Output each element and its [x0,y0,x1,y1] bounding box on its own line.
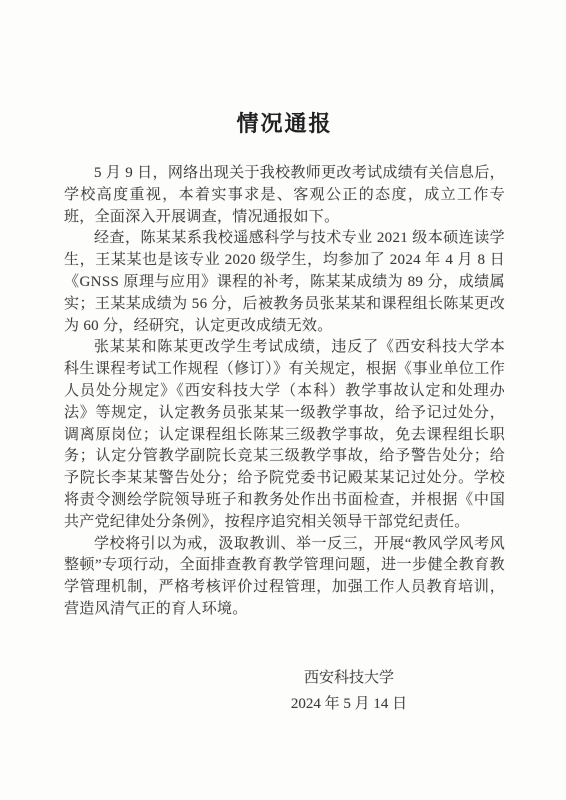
document-title: 情况通报 [64,112,505,136]
paragraph-findings: 经查，陈某某系我校遥感科学与技术专业 2021 级本硕连读学生，王某某也是该专业… [64,228,505,337]
notice-document-page: 情况通报 5 月 9 日，网络出现关于我校教师更改考试成绩有关信息后，学校高度重… [0,0,566,800]
paragraph-punishments: 张某某和陈某更改学生考试成绩，违反了《西安科技大学本科生课程考试工作规程（修订）… [64,337,505,533]
signature-issuer: 西安科技大学 [229,665,469,691]
signature-date: 2024 年 5 月 14 日 [229,691,469,717]
signature-block: 西安科技大学 2024 年 5 月 14 日 [229,665,469,717]
paragraph-intro: 5 月 9 日，网络出现关于我校教师更改考试成绩有关信息后，学校高度重视，本着实… [64,163,505,228]
document-body: 5 月 9 日，网络出现关于我校教师更改考试成绩有关信息后，学校高度重视，本着实… [64,163,505,621]
paragraph-measures: 学校将引以为戒，汲取教训、举一反三，开展“教风学风考风整顿”专项行动，全面排查教… [64,534,505,621]
